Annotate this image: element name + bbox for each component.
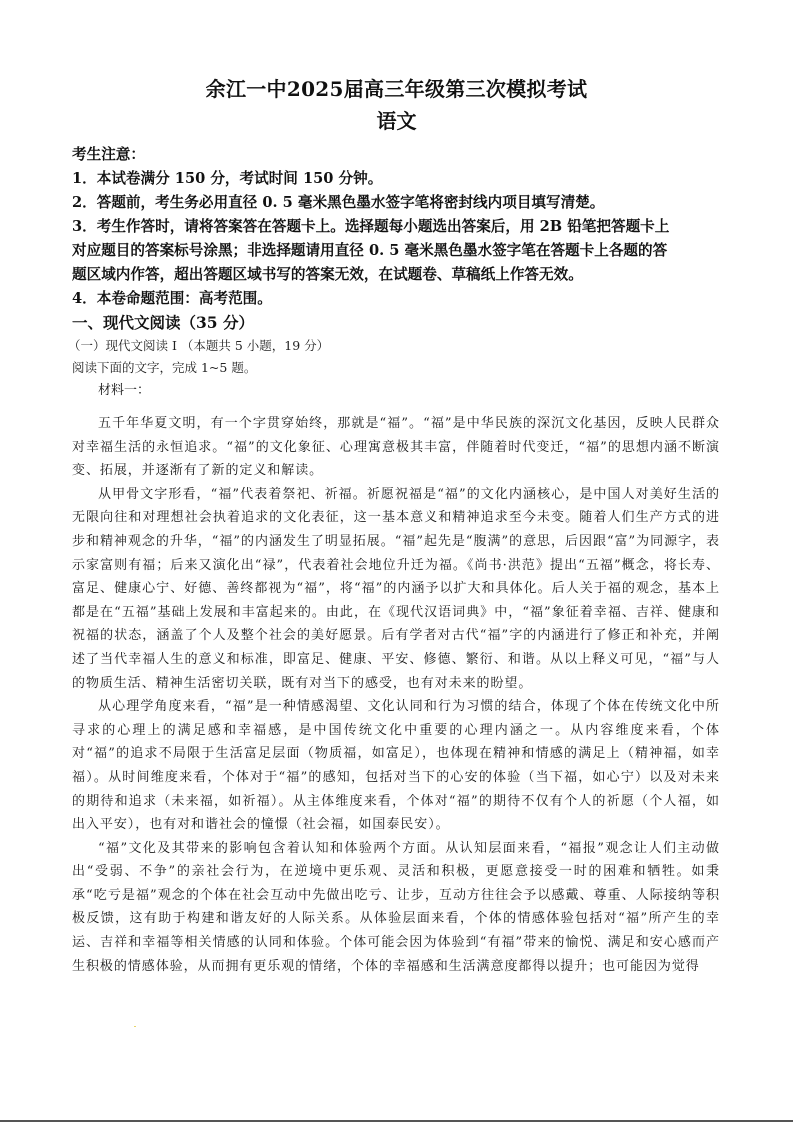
subject-title: 语文	[0, 105, 793, 134]
sub-section-heading: （一）现代文阅读 I （本题共 5 小题，19 分）	[68, 335, 722, 357]
notice-heading: 考生注意：	[72, 143, 722, 167]
notice-item: 2．答题前，考生务必用直径 0. 5 毫米黑色墨水签字笔将密封线内项目填写清楚。	[72, 191, 722, 215]
exam-notice: 考生注意： 1．本试卷满分 150 分，考试时间 150 分钟。 2．答题前，考…	[72, 143, 722, 402]
paragraph: 五千年华夏文明，有一个字贯穿始终，那就是“福”。“福”是中华民族的深沉文化基因，…	[72, 412, 720, 483]
paragraph: “福”文化及其带来的影响包含着认知和体验两个方面。从认知层面来看，“福报”观念让…	[72, 837, 720, 979]
reading-passage: 五千年华夏文明，有一个字贯穿始终，那就是“福”。“福”是中华民族的深沉文化基因，…	[72, 412, 720, 978]
material-label: 材料一：	[72, 379, 722, 402]
paragraph: 从心理学角度来看，“福”是一种情感渴望、文化认同和行为习惯的结合，体现了个体在传…	[72, 695, 720, 837]
reading-instruction: 阅读下面的文字，完成 1~5 题。	[72, 357, 722, 379]
section-heading: 一、现代文阅读（35 分）	[72, 311, 722, 335]
notice-item: 题区域内作答，超出答题区域书写的答案无效，在试题卷、草稿纸上作答无效。	[72, 263, 722, 287]
speck	[134, 1026, 136, 1027]
notice-item: 3．考生作答时，请将答案答在答题卡上。选择题每小题选出答案后，用 2B 铅笔把答…	[72, 215, 722, 239]
notice-item: 对应题目的答案标号涂黑；非选择题请用直径 0. 5 毫米黑色墨水签字笔在答题卡上…	[72, 239, 722, 263]
exam-title: 余江一中2025届高三年级第三次模拟考试	[0, 73, 793, 102]
notice-item: 4．本卷命题范围：高考范围。	[72, 287, 722, 311]
notice-item: 1．本试卷满分 150 分，考试时间 150 分钟。	[72, 167, 722, 191]
paragraph: 从甲骨文字形看，“福”代表着祭祀、祈福。祈愿祝福是“福”的文化内涵核心，是中国人…	[72, 483, 720, 695]
